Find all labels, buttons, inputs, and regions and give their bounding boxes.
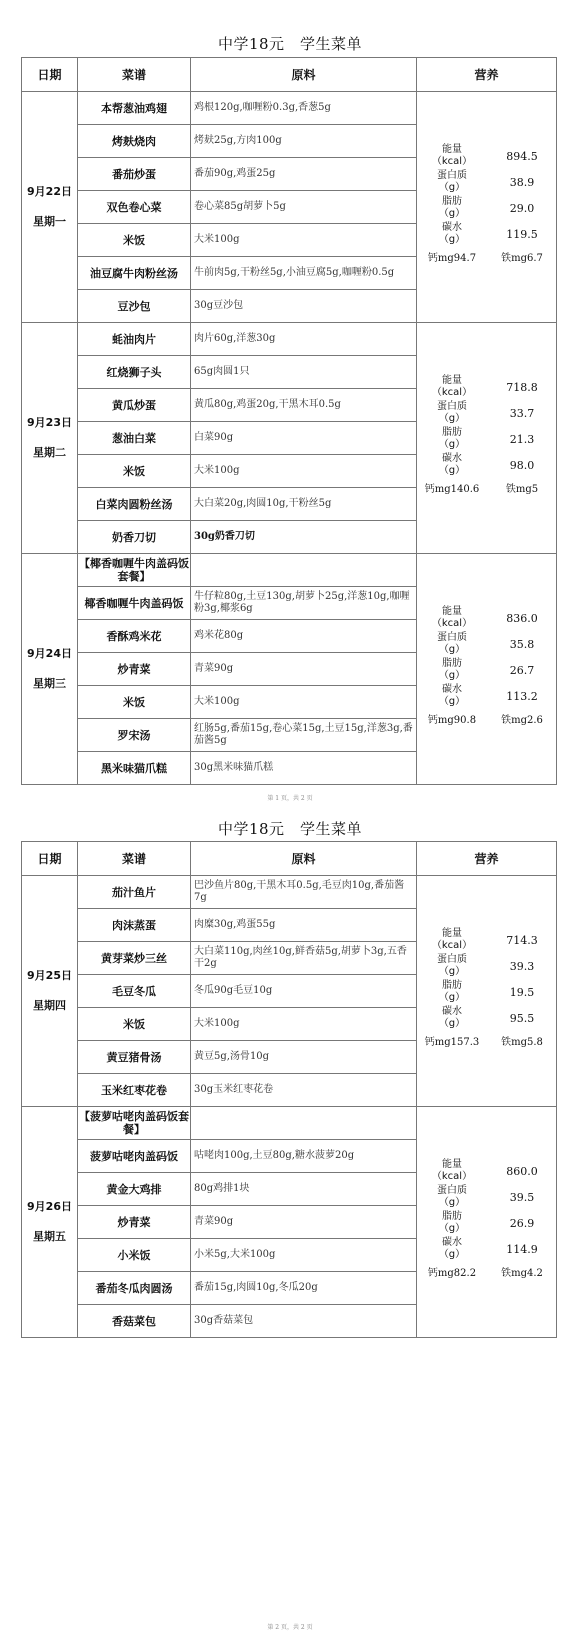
dish-ingredients: 番茄15g,肉圆10g,冬瓜20g (191, 1272, 417, 1305)
date-cell: 9月24日星期三 (22, 554, 78, 785)
iron-value: 铁mg6.7 (487, 248, 557, 270)
carbs-label: 碳水（g） (417, 222, 487, 246)
menu-table-page-2: 日期 菜谱 原料 营养 9月25日星期四茄汁鱼片巴沙鱼片80g,干黑木耳0.5g… (21, 841, 557, 1338)
dish-ingredients: 肉片60g,洋葱30g (191, 323, 417, 356)
date-label: 9月24日 (22, 639, 77, 669)
fat-label: 脂肪（g） (417, 980, 487, 1004)
dish-name: 玉米红枣花卷 (78, 1074, 191, 1107)
dish-ingredients: 冬瓜90g毛豆10g (191, 975, 417, 1008)
carbs-value: 114.9 (487, 1237, 557, 1261)
table-row: 9月22日星期一本帮葱油鸡翅鸡根120g,咖喱粉0.3g,香葱5g 能量（kca… (22, 92, 557, 125)
dish-ingredients: 牛前肉5g,干粉丝5g,小油豆腐5g,咖喱粉0.5g (191, 257, 417, 290)
dish-name: 香菇菜包 (78, 1305, 191, 1338)
dish-name: 米饭 (78, 224, 191, 257)
header-ingredients: 原料 (191, 842, 417, 876)
dish-ingredients: 鸡根120g,咖喱粉0.3g,香葱5g (191, 92, 417, 125)
page-footer-2: 第 2 页，共 2 页 (0, 1622, 580, 1631)
dish-name: 罗宋汤 (78, 719, 191, 752)
nutrition-cell: 能量（kcal） 836.0 蛋白质（g） 35.8 脂肪（g） 26.7 碳水… (417, 554, 557, 785)
nutrition-cell: 能量（kcal） 714.3 蛋白质（g） 39.3 脂肪（g） 19.5 碳水… (417, 876, 557, 1107)
weekday-label: 星期二 (22, 438, 77, 468)
dish-name: 红烧狮子头 (78, 356, 191, 389)
protein-value: 38.9 (487, 170, 557, 194)
nutrition-grid: 能量（kcal） 860.0 蛋白质（g） 39.5 脂肪（g） 26.9 碳水… (417, 1159, 556, 1285)
dish-ingredients: 30g黑米味猫爪糕 (191, 752, 417, 785)
dish-name: 豆沙包 (78, 290, 191, 323)
header-nutrition: 营养 (417, 842, 557, 876)
carbs-label: 碳水（g） (417, 1006, 487, 1030)
calcium-value: 钙mg90.8 (417, 710, 487, 732)
day-group: 9月23日星期二蚝油肉片肉片60g,洋葱30g 能量（kcal） 718.8 蛋… (22, 323, 557, 554)
day-group: 9月26日星期五【菠萝咕咾肉盖码饭套餐】 能量（kcal） 860.0 蛋白质（… (22, 1107, 557, 1338)
dish-ingredients: 30g香菇菜包 (191, 1305, 417, 1338)
dish-ingredients: 大米100g (191, 224, 417, 257)
carbs-value: 119.5 (487, 222, 557, 246)
dish-name: 【菠萝咕咾肉盖码饭套餐】 (78, 1107, 191, 1140)
iron-value: 铁mg4.2 (487, 1263, 557, 1285)
energy-value: 836.0 (487, 606, 557, 630)
fat-label: 脂肪（g） (417, 427, 487, 451)
dish-ingredients: 30g奶香刀切 (191, 521, 417, 554)
energy-value: 714.3 (487, 928, 557, 952)
dish-ingredients: 大白菜110g,肉丝10g,鲜香菇5g,胡萝卜3g,五香干2g (191, 942, 417, 975)
protein-value: 39.3 (487, 954, 557, 978)
dish-ingredients: 黄瓜80g,鸡蛋20g,干黑木耳0.5g (191, 389, 417, 422)
date-cell: 9月23日星期二 (22, 323, 78, 554)
energy-value: 860.0 (487, 1159, 557, 1183)
nutrition-cell: 能量（kcal） 718.8 蛋白质（g） 33.7 脂肪（g） 21.3 碳水… (417, 323, 557, 554)
header-ingredients: 原料 (191, 58, 417, 92)
dish-ingredients: 番茄90g,鸡蛋25g (191, 158, 417, 191)
dish-ingredients (191, 1107, 417, 1140)
weekday-label: 星期三 (22, 669, 77, 699)
energy-label: 能量（kcal） (417, 375, 487, 399)
dish-name: 番茄冬瓜肉圆汤 (78, 1272, 191, 1305)
fat-value: 19.5 (487, 980, 557, 1004)
dish-ingredients: 巴沙鱼片80g,干黑木耳0.5g,毛豆肉10g,番茄酱7g (191, 876, 417, 909)
dish-name: 奶香刀切 (78, 521, 191, 554)
date-cell: 9月26日星期五 (22, 1107, 78, 1338)
dish-ingredients (191, 554, 417, 587)
dish-ingredients: 80g鸡排1块 (191, 1173, 417, 1206)
header-nutrition: 营养 (417, 58, 557, 92)
protein-value: 35.8 (487, 632, 557, 656)
date-label: 9月26日 (22, 1192, 77, 1222)
protein-label: 蛋白质（g） (417, 1185, 487, 1209)
day-group: 9月25日星期四茄汁鱼片巴沙鱼片80g,干黑木耳0.5g,毛豆肉10g,番茄酱7… (22, 876, 557, 1107)
dish-name: 双色卷心菜 (78, 191, 191, 224)
fat-value: 21.3 (487, 427, 557, 451)
protein-value: 39.5 (487, 1185, 557, 1209)
table-row: 9月24日星期三【椰香咖喱牛肉盖码饭套餐】 能量（kcal） 836.0 蛋白质… (22, 554, 557, 587)
dish-name: 【椰香咖喱牛肉盖码饭套餐】 (78, 554, 191, 587)
iron-value: 铁mg5.8 (487, 1032, 557, 1054)
protein-value: 33.7 (487, 401, 557, 425)
dish-ingredients: 卷心菜85g胡萝卜5g (191, 191, 417, 224)
protein-label: 蛋白质（g） (417, 632, 487, 656)
nutrition-grid: 能量（kcal） 836.0 蛋白质（g） 35.8 脂肪（g） 26.7 碳水… (417, 606, 556, 732)
header-date: 日期 (22, 58, 78, 92)
carbs-value: 98.0 (487, 453, 557, 477)
table-row: 9月25日星期四茄汁鱼片巴沙鱼片80g,干黑木耳0.5g,毛豆肉10g,番茄酱7… (22, 876, 557, 909)
iron-value: 铁mg5 (487, 479, 557, 501)
dish-name: 菠萝咕咾肉盖码饭 (78, 1140, 191, 1173)
dish-ingredients: 黄豆5g,汤骨10g (191, 1041, 417, 1074)
dish-ingredients: 65g肉圆1只 (191, 356, 417, 389)
dish-name: 肉沫蒸蛋 (78, 909, 191, 942)
page-footer-1: 第 1 页，共 2 页 (0, 793, 580, 802)
fat-label: 脂肪（g） (417, 196, 487, 220)
energy-label: 能量（kcal） (417, 928, 487, 952)
protein-label: 蛋白质（g） (417, 401, 487, 425)
energy-value: 894.5 (487, 144, 557, 168)
dish-name: 黄金大鸡排 (78, 1173, 191, 1206)
dish-ingredients: 大米100g (191, 1008, 417, 1041)
fat-label: 脂肪（g） (417, 1211, 487, 1235)
protein-label: 蛋白质（g） (417, 170, 487, 194)
dish-ingredients: 白菜90g (191, 422, 417, 455)
nutrition-grid: 能量（kcal） 714.3 蛋白质（g） 39.3 脂肪（g） 19.5 碳水… (417, 928, 556, 1054)
fat-label: 脂肪（g） (417, 658, 487, 682)
header-date: 日期 (22, 842, 78, 876)
header-dish: 菜谱 (78, 842, 191, 876)
dish-name: 黄瓜炒蛋 (78, 389, 191, 422)
dish-name: 白菜肉圆粉丝汤 (78, 488, 191, 521)
protein-label: 蛋白质（g） (417, 954, 487, 978)
nutrition-grid: 能量（kcal） 718.8 蛋白质（g） 33.7 脂肪（g） 21.3 碳水… (417, 375, 556, 501)
page-title-2: 中学18元 学生菜单 (0, 818, 580, 839)
dish-name: 香酥鸡米花 (78, 620, 191, 653)
table-row: 9月26日星期五【菠萝咕咾肉盖码饭套餐】 能量（kcal） 860.0 蛋白质（… (22, 1107, 557, 1140)
carbs-value: 95.5 (487, 1006, 557, 1030)
carbs-label: 碳水（g） (417, 453, 487, 477)
date-cell: 9月22日星期一 (22, 92, 78, 323)
energy-label: 能量（kcal） (417, 1159, 487, 1183)
dish-ingredients: 青菜90g (191, 653, 417, 686)
dish-name: 毛豆冬瓜 (78, 975, 191, 1008)
calcium-value: 钙mg94.7 (417, 248, 487, 270)
day-group: 9月22日星期一本帮葱油鸡翅鸡根120g,咖喱粉0.3g,香葱5g 能量（kca… (22, 92, 557, 323)
date-label: 9月23日 (22, 408, 77, 438)
dish-ingredients: 红肠5g,番茄15g,卷心菜15g,土豆15g,洋葱3g,番茄酱5g (191, 719, 417, 752)
weekday-label: 星期五 (22, 1222, 77, 1252)
energy-label: 能量（kcal） (417, 606, 487, 630)
header-dish: 菜谱 (78, 58, 191, 92)
nutrition-grid: 能量（kcal） 894.5 蛋白质（g） 38.9 脂肪（g） 29.0 碳水… (417, 144, 556, 270)
dish-name: 蚝油肉片 (78, 323, 191, 356)
day-group: 9月24日星期三【椰香咖喱牛肉盖码饭套餐】 能量（kcal） 836.0 蛋白质… (22, 554, 557, 785)
dish-name: 小米饭 (78, 1239, 191, 1272)
menu-table-page-1: 日期 菜谱 原料 营养 9月22日星期一本帮葱油鸡翅鸡根120g,咖喱粉0.3g… (21, 57, 557, 785)
date-label: 9月25日 (22, 961, 77, 991)
calcium-value: 钙mg157.3 (417, 1032, 487, 1054)
calcium-value: 钙mg82.2 (417, 1263, 487, 1285)
dish-name: 番茄炒蛋 (78, 158, 191, 191)
dish-name: 烤麸烧肉 (78, 125, 191, 158)
dish-name: 黑米味猫爪糕 (78, 752, 191, 785)
nutrition-cell: 能量（kcal） 894.5 蛋白质（g） 38.9 脂肪（g） 29.0 碳水… (417, 92, 557, 323)
dish-name: 油豆腐牛肉粉丝汤 (78, 257, 191, 290)
dish-name: 米饭 (78, 686, 191, 719)
dish-ingredients: 青菜90g (191, 1206, 417, 1239)
fat-value: 26.9 (487, 1211, 557, 1235)
dish-ingredients: 肉糜30g,鸡蛋55g (191, 909, 417, 942)
fat-value: 29.0 (487, 196, 557, 220)
table-header-row: 日期 菜谱 原料 营养 (22, 842, 557, 876)
dish-ingredients: 咕咾肉100g,土豆80g,糖水菠萝20g (191, 1140, 417, 1173)
dish-ingredients: 鸡米花80g (191, 620, 417, 653)
nutrition-cell: 能量（kcal） 860.0 蛋白质（g） 39.5 脂肪（g） 26.9 碳水… (417, 1107, 557, 1338)
date-cell: 9月25日星期四 (22, 876, 78, 1107)
dish-name: 黄芽菜炒三丝 (78, 942, 191, 975)
dish-name: 椰香咖喱牛肉盖码饭 (78, 587, 191, 620)
weekday-label: 星期一 (22, 207, 77, 237)
dish-name: 茄汁鱼片 (78, 876, 191, 909)
dish-ingredients: 烤麸25g,方肉100g (191, 125, 417, 158)
table-row: 9月23日星期二蚝油肉片肉片60g,洋葱30g 能量（kcal） 718.8 蛋… (22, 323, 557, 356)
weekday-label: 星期四 (22, 991, 77, 1021)
dish-name: 米饭 (78, 1008, 191, 1041)
carbs-label: 碳水（g） (417, 1237, 487, 1261)
energy-label: 能量（kcal） (417, 144, 487, 168)
dish-name: 黄豆猪骨汤 (78, 1041, 191, 1074)
carbs-label: 碳水（g） (417, 684, 487, 708)
dish-ingredients: 30g玉米红枣花卷 (191, 1074, 417, 1107)
dish-name: 米饭 (78, 455, 191, 488)
date-label: 9月22日 (22, 177, 77, 207)
dish-ingredients: 大米100g (191, 455, 417, 488)
dish-name: 炒青菜 (78, 653, 191, 686)
energy-value: 718.8 (487, 375, 557, 399)
calcium-value: 钙mg140.6 (417, 479, 487, 501)
dish-ingredients: 大白菜20g,肉圆10g,干粉丝5g (191, 488, 417, 521)
dish-ingredients: 30g豆沙包 (191, 290, 417, 323)
dish-name: 本帮葱油鸡翅 (78, 92, 191, 125)
dish-name: 葱油白菜 (78, 422, 191, 455)
fat-value: 26.7 (487, 658, 557, 682)
page-title: 中学18元 学生菜单 (0, 33, 580, 54)
dish-ingredients: 大米100g (191, 686, 417, 719)
iron-value: 铁mg2.6 (487, 710, 557, 732)
dish-name: 炒青菜 (78, 1206, 191, 1239)
carbs-value: 113.2 (487, 684, 557, 708)
table-header-row: 日期 菜谱 原料 营养 (22, 58, 557, 92)
dish-ingredients: 牛仔粒80g,土豆130g,胡萝卜25g,洋葱10g,咖喱粉3g,椰浆6g (191, 587, 417, 620)
dish-ingredients: 小米5g,大米100g (191, 1239, 417, 1272)
